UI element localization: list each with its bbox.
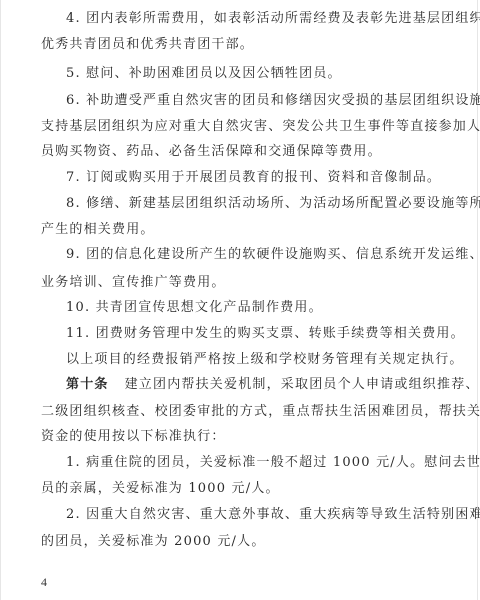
text-line: 产生的相关费用。 (41, 222, 441, 238)
text-line: 员的亲属，关爱标准为 1000 元/人。 (41, 481, 441, 497)
text-line: 二级团组织核查、校团委审批的方式，重点帮扶生活困难团员，帮扶关爱 (41, 404, 441, 420)
text-line: 1. 病重住院的团员，关爱标准一般不超过 1000 元/人。慰问去世团 (66, 455, 466, 471)
text-line: 7. 订阅或购买用于开展团员教育的报刊、资料和音像制品。 (66, 170, 466, 186)
page-number: 4 (41, 575, 47, 590)
document-page: 4. 团内表彰所需费用，如表彰活动所需经费及表彰先进基层团组织、优秀共青团员和优… (0, 0, 478, 600)
text-line: 11. 团费财务管理中发生的购买支票、转账手续费等相关费用。 (66, 326, 466, 342)
text-line: 6. 补助遭受严重自然灾害的团员和修缮因灾受损的基层团组织设施。 (66, 93, 466, 109)
text-line: 4. 团内表彰所需费用，如表彰活动所需经费及表彰先进基层团组织、 (66, 11, 466, 27)
text-line: 8. 修缮、新建基层团组织活动场所、为活动场所配置必要设施等所 (66, 196, 466, 212)
article-heading: 第十条 (66, 377, 109, 392)
article-ten-first-line: 第十条建立团内帮扶关爱机制，采取团员个人申请或组织推荐、 (66, 377, 466, 393)
text-line: 业务培训、宣传推广等费用。 (41, 275, 441, 291)
text-line: 2. 因重大自然灾害、重大意外事故、重大疾病等导致生活特别困难 (66, 507, 466, 523)
text-line: 以上项目的经费报销严格按上级和学校财务管理有关规定执行。 (66, 352, 466, 368)
text-line: 9. 团的信息化建设所产生的软硬件设施购买、信息系统开发运维、 (66, 247, 466, 263)
text-line: 的团员，关爱标准为 2000 元/人。 (41, 534, 441, 550)
article-text: 建立团内帮扶关爱机制，采取团员个人申请或组织推荐、 (125, 377, 480, 392)
text-line: 员购买物资、药品、必备生活保障和交通保障等费用。 (41, 144, 441, 160)
text-line: 资金的使用按以下标准执行： (41, 429, 441, 445)
text-line: 优秀共青团员和优秀共青团干部。 (41, 37, 441, 53)
text-line: 支持基层团组织为应对重大自然灾害、突发公共卫生事件等直接参加人 (41, 119, 441, 135)
text-line: 10. 共青团宣传思想文化产品制作费用。 (66, 300, 466, 316)
text-line: 5. 慰问、补助困难团员以及因公牺牲团员。 (66, 66, 466, 82)
